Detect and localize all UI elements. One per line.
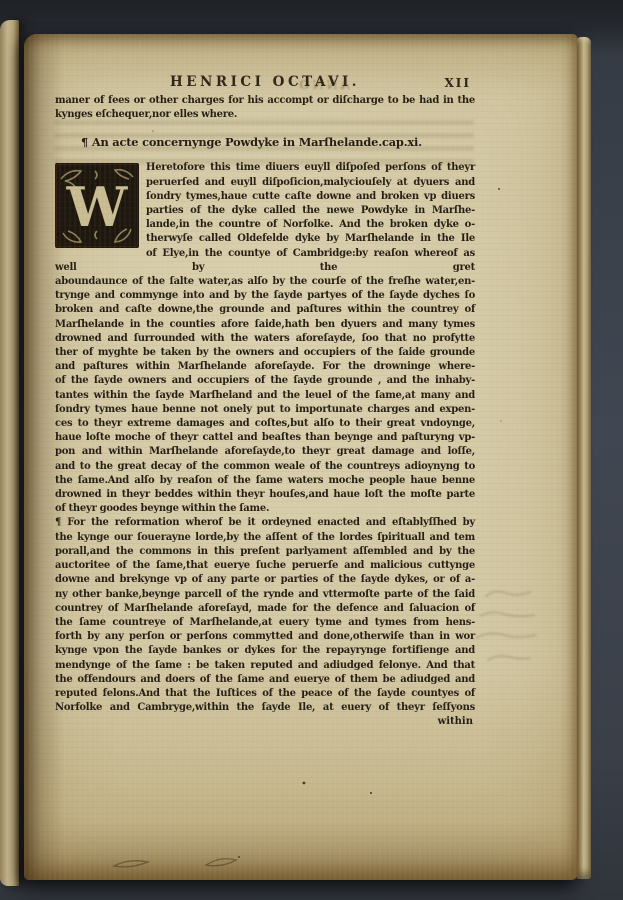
text-line: ſondry tymes haue benne not onely put to… [55,403,475,417]
text-line: forth by any perſon or perſons commytted… [55,630,475,644]
catchword: within [55,715,475,729]
text-line: broken and caſte downe,the grounde and p… [55,303,475,317]
text-line: reputed felons.And that the Iuſtices of … [55,687,475,701]
text-line: porall,and the commons in this preſent p… [55,545,475,559]
book-page: ANNO HENRICI OCTAVI. XII maner of fees o… [24,34,578,880]
text-line: pon and within Marſhelande aforeſayde,to… [55,445,475,459]
text-line: mendynge of the ſame : be taken reputed … [55,659,475,673]
text-line: the kynge our ſouerayne lorde,by the aſſ… [55,531,475,545]
show-through-handwriting [472,582,544,682]
text-line: drowned and ſurrounded with the waters a… [55,332,475,346]
act-paragraph-1: W Heretofore this time diuers euyll diſp… [55,161,475,516]
photograph-background: ANNO HENRICI OCTAVI. XII maner of fees o… [0,0,623,900]
text-line: and to the great decay of the common wea… [55,460,475,474]
text-line: kynge vpon the ſayde bankes or dykes for… [55,644,475,658]
running-head: HENRICI OCTAVI. XII [55,74,475,94]
decorated-initial-woodcut: W [55,163,139,248]
text-line: countrey of Marſhelande aforeſayd, made … [55,602,475,616]
text-line: the offendours and doers of the ſame and… [55,673,475,687]
text-line: Norfolke and Cambryge,within the ſayde I… [55,701,475,715]
ink-smudge-marks [110,852,260,874]
text-line: haue loſte moche of theyr cattel and bea… [55,431,475,445]
opposite-leaf-edge [0,20,19,886]
text-line: ther of myghte be taken by the owners an… [55,346,475,360]
carryover-paragraph: maner of fees or other charges for his a… [55,94,475,122]
fore-edge-leaf-stack [577,37,591,879]
act-paragraph-2: ¶ For the reformation wherof be it ordey… [55,516,475,715]
text-line: the ſame.And alſo by reaſon of the ſame … [55,474,475,488]
running-head-title: HENRICI OCTAVI. [170,74,360,90]
text-line: tantes within the ſayde Marſheland and t… [55,389,475,403]
text-line: ny other banke,beynge parcell of the ryn… [55,588,475,602]
text-line: ¶ For the reformation wherof be it ordey… [55,516,475,530]
text-line: maner of fees or other charges for his a… [55,94,475,108]
text-line: of Elye,in the countye of Cambridge:by r… [55,247,475,275]
text-line: auctoritee of the ſame,that euerye ſuche… [55,559,475,573]
text-line: the ſame countreye of Marſhelande,at eue… [55,616,475,630]
text-line: and paſtures within Marſhelande aforeſay… [55,360,475,374]
text-line: kynges eſchequer,nor elles where. [55,108,475,122]
text-line: Marſhelande in the counties afore ſaide,… [55,318,475,332]
text-line: downe and brekynge vp of any parte or pa… [55,573,475,587]
act-title: ¶ An acte concernynge Powdyke in Marſhel… [81,135,475,149]
foxing-specks [24,34,26,36]
text-line: ces to theyr extreme damages and coſtes,… [55,417,475,431]
folio-number: XII [444,76,471,90]
text-line: of the ſayde owners and occupiers of the… [55,374,475,388]
text-line: of theyr goodes beynge within the ſame. [55,502,475,516]
text-line: drowned in theyr beddes within theyr hou… [55,488,475,502]
printed-text-block: HENRICI OCTAVI. XII maner of fees or oth… [55,74,475,730]
text-line: aboundaunce of the ſalte water,as alſo b… [55,275,475,289]
drop-cap-letter: W [66,175,129,239]
text-line: trynge and commynge into and by the ſayd… [55,289,475,303]
